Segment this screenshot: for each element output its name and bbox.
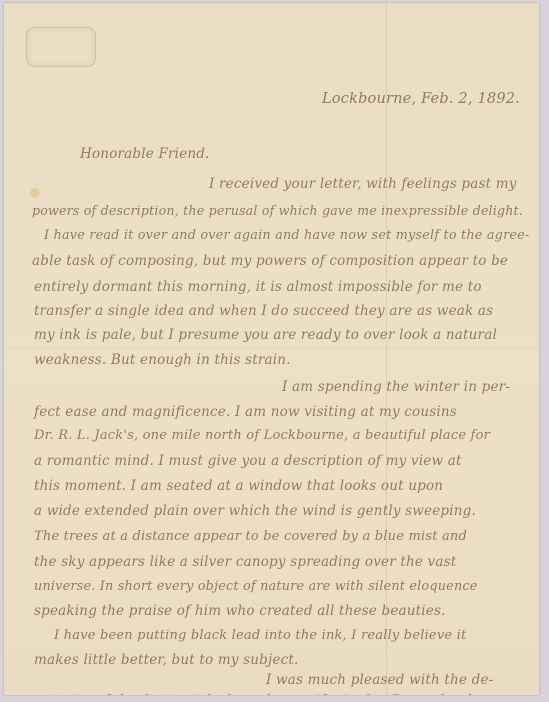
letter-line: Dr. R. L. Jack's, one mile north of Lock… [34, 428, 490, 443]
letter-line: I was much pleased with the de- [266, 672, 493, 688]
letter-line: speaking the praise of him who created a… [34, 603, 446, 619]
letter-line: a romantic mind. I must give you a descr… [34, 453, 462, 469]
letter-line: a wide extended plain over which the win… [34, 503, 476, 519]
salutation: Honorable Friend. [80, 146, 210, 162]
letter-line: the sky appears like a silver canopy spr… [34, 554, 456, 570]
letter-line: fect ease and magnificence. I am now vis… [34, 404, 457, 420]
letter-line: makes little better, but to my subject. [34, 652, 298, 668]
letter-page: Lockbourne, Feb. 2, 1892. Honorable Frie… [4, 3, 539, 695]
letter-line: scription of the distinguished gentleman… [32, 693, 500, 695]
letter-line: weakness. But enough in this strain. [34, 352, 291, 368]
letter-line: universe. In short every object of natur… [34, 579, 478, 594]
letter-line: this moment. I am seated at a window tha… [34, 478, 443, 494]
letter-line: I received your letter, with feelings pa… [209, 176, 517, 192]
paper-fold-horizontal [4, 348, 539, 349]
scan-background-edge [539, 0, 549, 702]
letter-line: my ink is pale, but I presume you are re… [34, 327, 497, 343]
paper-stain [30, 188, 40, 198]
letter-line: able task of composing, but my powers of… [32, 253, 508, 269]
letter-line: transfer a single idea and when I do suc… [34, 303, 493, 319]
letter-line: The trees at a distance appear to be cov… [34, 529, 467, 544]
letter-line: powers of description, the perusal of wh… [32, 203, 523, 218]
dateline: Lockbourne, Feb. 2, 1892. [322, 91, 520, 107]
letter-line: I have been putting black lead into the … [54, 628, 466, 643]
embossed-stationery-stamp-icon [26, 27, 96, 67]
letter-line: I am spending the winter in per- [282, 379, 510, 395]
letter-line: entirely dormant this morning, it is alm… [34, 279, 482, 295]
letter-line: I have read it over and over again and h… [44, 228, 529, 243]
